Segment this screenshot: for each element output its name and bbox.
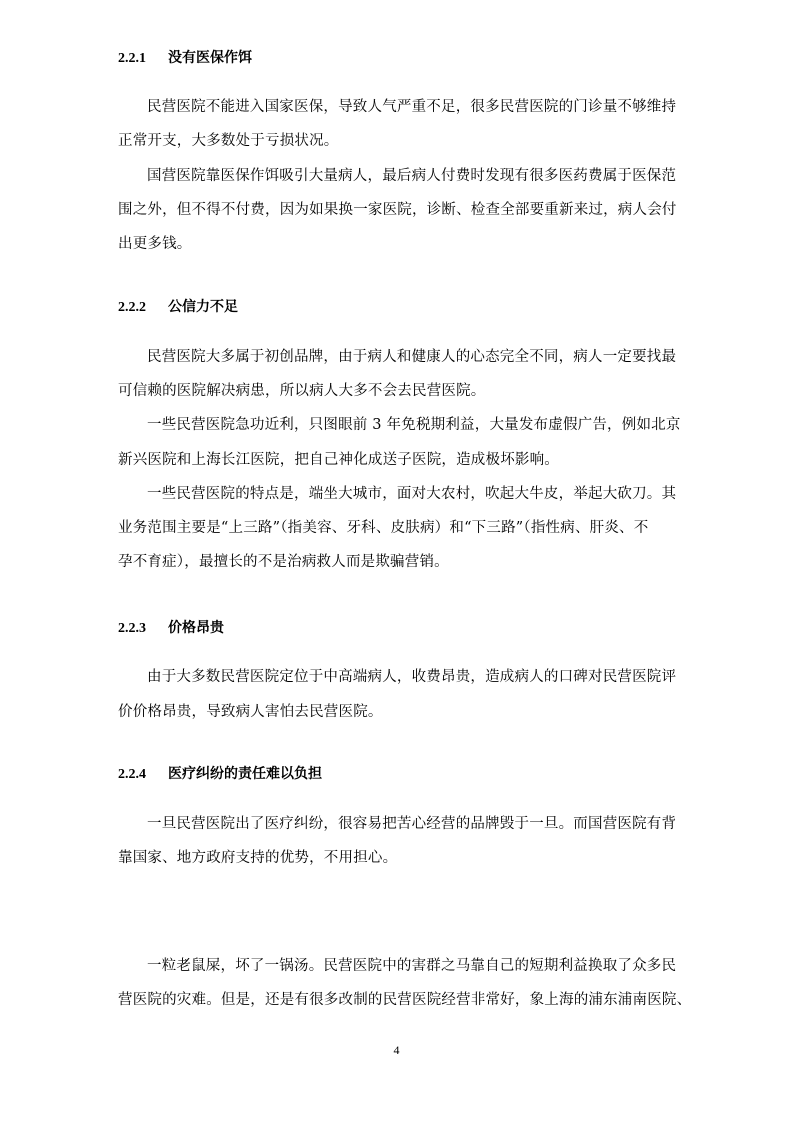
paragraph-line: 可信赖的医院解决病患，所以病人大多不会去民营医院。	[118, 382, 678, 400]
section-heading-2-2-3: 2.2.3价格昂贵	[118, 619, 224, 638]
section-heading-2-2-2: 2.2.2公信力不足	[118, 298, 238, 317]
section-number: 2.2.3	[118, 620, 168, 638]
paragraph-line: 围之外，但不得不付费，因为如果换一家医院，诊断、检查全部要重新来过，病人会付	[118, 201, 678, 219]
paragraph-line: 国营医院靠医保作饵吸引大量病人，最后病人付费时发现有很多医药费属于医保范	[147, 167, 707, 185]
section-title: 公信力不足	[168, 299, 238, 315]
paragraph-line: 民营医院不能进入国家医保，导致人气严重不足，很多民营医院的门诊量不够维持	[147, 98, 707, 116]
paragraph-line: 一些民营医院急功近利，只图眼前 3 年免税期利益，大量发布虚假广告，例如北京	[147, 416, 707, 434]
paragraph-line: 孕不育症），最擅长的不是治病救人而是欺骗营销。	[118, 553, 678, 571]
paragraph-line: 由于大多数民营医院定位于中高端病人，收费昂贵，造成病人的口碑对民营医院评	[147, 668, 707, 686]
document-page: 2.2.1没有医保作饵 民营医院不能进入国家医保，导致人气严重不足，很多民营医院…	[0, 0, 793, 1122]
paragraph-line: 价价格昂贵，导致病人害怕去民营医院。	[118, 703, 678, 721]
paragraph-line: 营医院的灾难。但是，还是有很多改制的民营医院经营非常好，象上海的浦东浦南医院、	[118, 991, 678, 1009]
paragraph-line: 出更多钱。	[118, 235, 678, 253]
paragraph-line: 靠国家、地方政府支持的优势，不用担心。	[118, 849, 678, 867]
page-number: 4	[0, 1043, 793, 1058]
paragraph-line: 一些民营医院的特点是，端坐大城市，面对大农村，吹起大牛皮，举起大砍刀。其	[147, 485, 707, 503]
paragraph-line: 民营医院大多属于初创品牌，由于病人和健康人的心态完全不同，病人一定要找最	[147, 348, 707, 366]
section-title: 医疗纠纷的责任难以负担	[168, 766, 322, 782]
section-heading-2-2-1: 2.2.1没有医保作饵	[118, 49, 252, 68]
section-heading-2-2-4: 2.2.4医疗纠纷的责任难以负担	[118, 765, 322, 784]
section-number: 2.2.4	[118, 766, 168, 784]
section-title: 价格昂贵	[168, 620, 224, 636]
paragraph-line: 业务范围主要是“上三路”（指美容、牙科、皮肤病）和“下三路”（指性病、肝炎、不	[118, 519, 678, 537]
section-number: 2.2.1	[118, 50, 168, 68]
paragraph-line: 一粒老鼠屎，坏了一锅汤。民营医院中的害群之马靠自己的短期利益换取了众多民	[147, 957, 707, 975]
section-title: 没有医保作饵	[168, 50, 252, 66]
paragraph-line: 新兴医院和上海长江医院，把自己神化成送子医院，造成极坏影响。	[118, 451, 678, 469]
paragraph-line: 一旦民营医院出了医疗纠纷，很容易把苦心经营的品牌毁于一旦。而国营医院有背	[147, 815, 707, 833]
section-number: 2.2.2	[118, 299, 168, 317]
paragraph-line: 正常开支，大多数处于亏损状况。	[118, 132, 678, 150]
